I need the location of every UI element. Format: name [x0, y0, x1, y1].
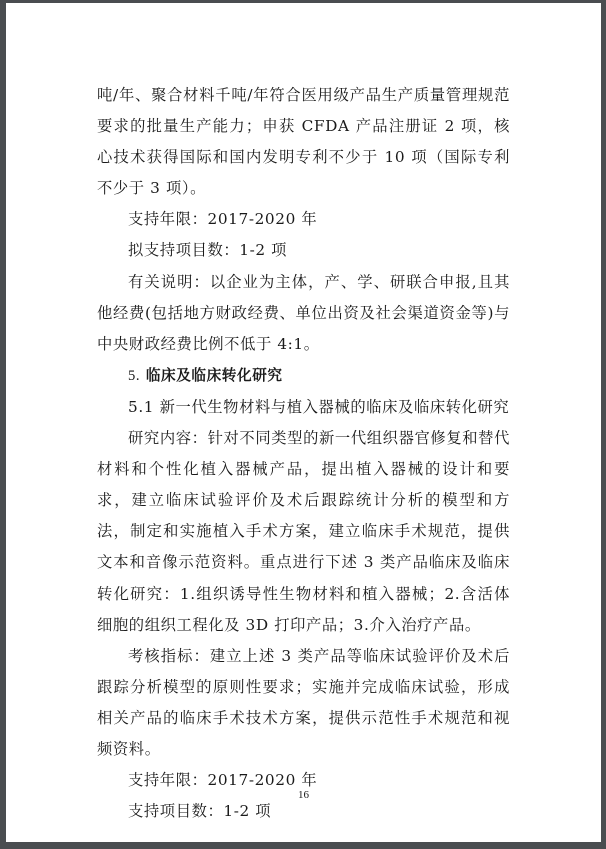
- paragraph-performance-targets-continued: 吨/年、聚合材料千吨/年符合医用级产品生产质量管理规范要求的批量生产能力；申获 …: [97, 80, 510, 204]
- paragraph-assessment-indicators: 考核指标：建立上述 3 类产品等临床试验评价及术后跟踪分析模型的原则性要求；实施…: [97, 641, 510, 765]
- page-number: 16: [6, 789, 601, 801]
- subsection-heading-5-1: 5.1 新一代生物材料与植入器械的临床及临床转化研究: [97, 392, 510, 423]
- section-title: 临床及临床转化研究: [140, 367, 282, 384]
- document-page: 吨/年、聚合材料千吨/年符合医用级产品生产质量管理规范要求的批量生产能力；申获 …: [6, 3, 601, 842]
- page-body: 吨/年、聚合材料千吨/年符合医用级产品生产质量管理规范要求的批量生产能力；申获 …: [97, 80, 510, 827]
- paragraph-research-content: 研究内容：针对不同类型的新一代组织器官修复和替代材料和个性化植入器械产品，提出植…: [97, 423, 510, 641]
- section-number: 5.: [128, 368, 140, 384]
- paragraph-support-period: 支持年限：2017-2020 年: [97, 204, 510, 235]
- section-heading-5: 5. 临床及临床转化研究: [97, 360, 510, 392]
- paragraph-notes: 有关说明：以企业为主体，产、学、研联合申报,且其他经费(包括地方财政经费、单位出…: [97, 267, 510, 360]
- paragraph-planned-project-count: 拟支持项目数：1-2 项: [97, 235, 510, 266]
